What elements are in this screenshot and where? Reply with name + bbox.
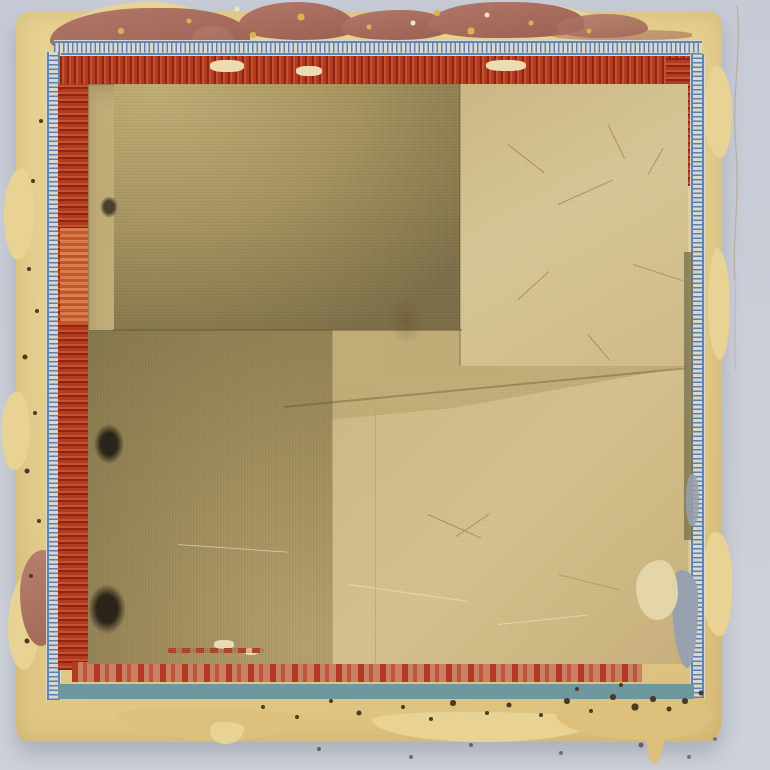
gold-flecks-top-rim — [0, 0, 2, 2]
paste-blob — [704, 66, 732, 158]
gold-seam-vertical — [459, 84, 461, 366]
red-strip-left-orange — [60, 228, 90, 324]
flaked-pale-patch — [636, 560, 678, 620]
gold-red-streak — [168, 648, 264, 653]
debris-blob — [88, 584, 126, 634]
debris-blob — [100, 196, 118, 218]
red-strip-chip — [210, 60, 244, 72]
flaked-gray-patch — [686, 474, 699, 526]
gold-patch-right — [460, 84, 688, 366]
red-strip-chip — [486, 60, 526, 71]
ribbon-bottom — [58, 684, 694, 699]
red-strip-left — [58, 84, 90, 670]
debris-blob — [94, 424, 124, 464]
gold-leaf-field — [88, 84, 688, 664]
paste-drip — [646, 720, 664, 764]
red-strip-bottom — [72, 662, 642, 682]
clay-pink-streak — [552, 30, 692, 40]
gold-seam-lowerleft-edge — [332, 330, 333, 664]
ribbon-top — [54, 40, 702, 56]
clay-pink-blob — [238, 2, 356, 40]
gold-patch-upper-left — [114, 84, 460, 330]
gold-patch-bottom-right — [330, 366, 688, 664]
gold-smudge — [388, 296, 424, 344]
gold-seam-vertical-lower — [375, 414, 376, 664]
artwork-photo — [0, 0, 770, 770]
red-strip-chip — [296, 66, 322, 76]
paste-blob — [702, 532, 732, 636]
red-strip-top — [60, 56, 690, 86]
